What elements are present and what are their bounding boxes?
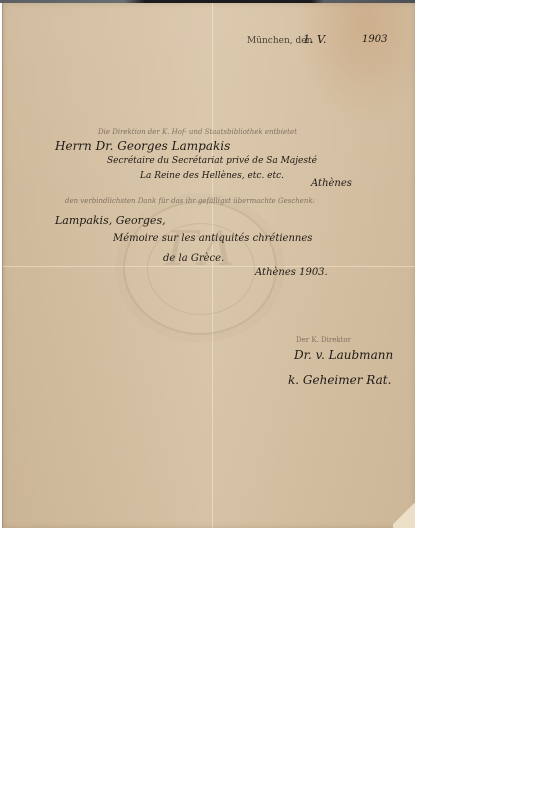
signature-rank: k. Geheimer Rat. — [288, 373, 391, 387]
thanks-printed: den verbindlichsten Dank für das ihr gef… — [65, 197, 315, 205]
date-handwritten: 1. V. — [303, 33, 327, 46]
torn-corner — [393, 498, 415, 528]
recipient-name: Herrn Dr. Georges Lampakis — [55, 139, 230, 153]
recipient-city: Athènes — [311, 178, 352, 189]
stamp-monogram: ΓΛ — [125, 221, 275, 277]
recipient-title: Secrétaire du Secrétariat privé de Sa Ma… — [107, 156, 317, 166]
gift-imprint: Athènes 1903. — [255, 267, 328, 278]
gift-title-1: Mémoire sur les antiquités chrétiennes — [113, 233, 312, 244]
letter-page: ΓΛ München, den 1. V. 1903 Die Direktion… — [2, 3, 415, 528]
year-handwritten: 1903 — [362, 34, 387, 45]
signature-title: Der K. Direktor — [296, 336, 351, 344]
gift-title-2: de la Grèce. — [163, 253, 224, 264]
signature-name: Dr. v. Laubmann — [294, 348, 393, 362]
intro-printed: Die Direktion der K. Hof- und Staatsbibl… — [98, 128, 297, 136]
gift-author: Lampakis, Georges, — [55, 214, 166, 227]
recipient-title-2: La Reine des Hellènes, etc. etc. — [140, 171, 284, 181]
